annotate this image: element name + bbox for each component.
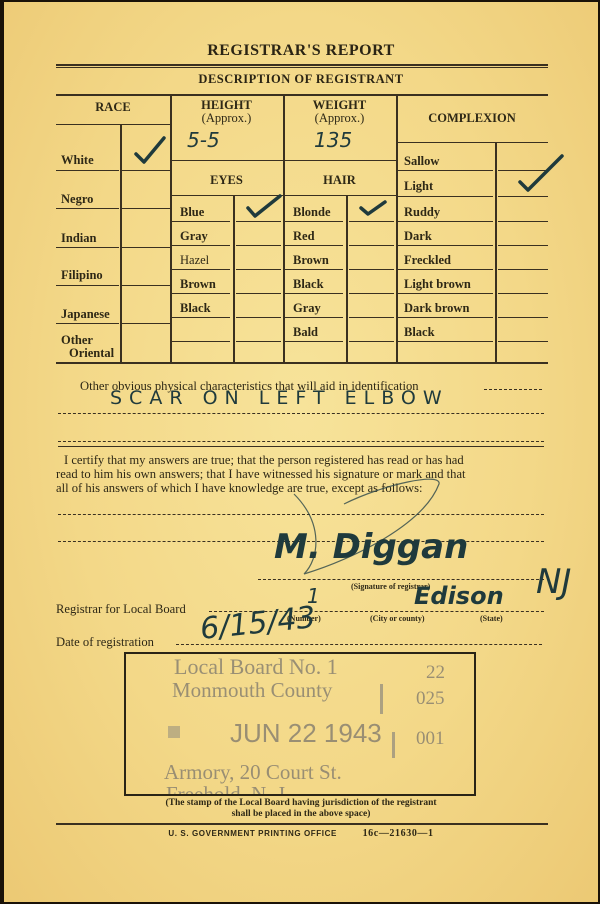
complexion-row-rule <box>398 170 493 171</box>
race-row-rule <box>56 170 119 171</box>
eyes-row-rule <box>236 269 281 270</box>
registration-date-value[interactable]: 6/15/43 <box>198 600 317 647</box>
eyes-row-rule <box>236 317 281 318</box>
footer-printer: U. S. GOVERNMENT PRINTING OFFICE <box>168 829 337 838</box>
race-row-rule <box>56 285 119 286</box>
race-white: White <box>61 153 94 168</box>
title-rule-bottom <box>56 67 548 68</box>
hair-red: Red <box>293 229 315 244</box>
stamp-city: Freehold, N. J. <box>166 782 290 794</box>
eyes-row-rule <box>172 269 230 270</box>
local-board-city-caption: (City or county) <box>370 614 425 623</box>
complexion-row-rule <box>398 196 493 197</box>
complexion-light-brown: Light brown <box>404 277 471 292</box>
complexion-row-rule <box>498 245 548 246</box>
hair-row-rule <box>285 245 343 246</box>
local-board-city-value[interactable]: Edison <box>414 582 504 610</box>
document-subtitle: DESCRIPTION OF REGISTRANT <box>4 72 598 87</box>
race-indian: Indian <box>61 231 96 246</box>
eyes-row-rule <box>236 293 281 294</box>
hair-bald: Bald <box>293 325 318 340</box>
race-row-rule <box>122 323 170 324</box>
race-white-checkmark-icon[interactable] <box>132 134 168 166</box>
hair-row-rule <box>349 317 394 318</box>
hair-row-rule <box>285 293 343 294</box>
stamp-board: Local Board No. 1 <box>174 654 338 680</box>
race-header: RACE <box>56 100 170 114</box>
complexion-black: Black <box>404 325 435 340</box>
registration-date-label: Date of registration <box>56 635 154 649</box>
local-board-stamp: Local Board No. 1 Monmouth County JUN 22… <box>124 652 476 796</box>
race-row-rule <box>56 247 119 248</box>
race-filipino: Filipino <box>61 268 103 283</box>
stamp-number-1: 22 <box>426 662 445 684</box>
complexion-dark-brown: Dark brown <box>404 301 469 316</box>
table-divider <box>346 195 348 363</box>
height-header: HEIGHT <box>170 98 283 112</box>
table-bottom-rule <box>56 362 548 364</box>
hair-gray: Gray <box>293 301 321 316</box>
local-board-state-caption: (State) <box>480 614 503 623</box>
signature-line <box>258 579 544 580</box>
complexion-header: COMPLEXION <box>396 111 548 125</box>
characteristics-leader <box>484 389 542 390</box>
stamp-bar <box>392 732 395 758</box>
complexion-row-rule <box>398 293 493 294</box>
registrar-report-card: REGISTRAR'S REPORT DESCRIPTION OF REGIST… <box>4 2 598 902</box>
weight-header: WEIGHT <box>283 98 396 112</box>
complexion-row-rule <box>398 245 493 246</box>
complexion-row-rule <box>498 196 548 197</box>
complexion-row-rule <box>498 293 548 294</box>
characteristics-value[interactable]: SCAR ON LEFT ELBOW <box>110 387 449 409</box>
local-board-label: Registrar for Local Board <box>56 602 186 616</box>
hair-row-rule <box>285 269 343 270</box>
stamp-county: Monmouth County <box>172 678 332 703</box>
race-row-rule <box>122 170 170 171</box>
height-header-sub: (Approx.) <box>170 111 283 125</box>
eyes-brown: Brown <box>180 277 216 292</box>
eyes-black: Black <box>180 301 211 316</box>
table-divider <box>495 142 497 363</box>
complexion-row-rule <box>498 269 548 270</box>
race-row-rule <box>56 323 119 324</box>
race-japanese: Japanese <box>61 307 110 322</box>
complexion-dark: Dark <box>404 229 432 244</box>
characteristics-line <box>58 441 544 442</box>
local-board-state-value[interactable]: NJ <box>536 562 571 602</box>
stamp-bar <box>380 684 383 714</box>
eyes-gray: Gray <box>180 229 208 244</box>
hair-blonde: Blonde <box>293 205 331 220</box>
complexion-row-rule <box>498 317 548 318</box>
footer-rule <box>56 823 548 825</box>
eyes-row-rule <box>236 245 281 246</box>
hair-header: HAIR <box>283 173 396 187</box>
hw-bottom-rule <box>170 160 396 161</box>
race-row-rule <box>122 285 170 286</box>
hair-brown: Brown <box>293 253 329 268</box>
weight-header-sub: (Approx.) <box>283 111 396 125</box>
stamp-date: JUN 22 1943 <box>230 718 382 749</box>
registration-date-line <box>176 644 542 645</box>
eyes-blue-checkmark-icon[interactable] <box>244 194 284 222</box>
complexion-freckled: Freckled <box>404 253 451 268</box>
hair-row-rule <box>285 317 343 318</box>
hair-row-rule <box>285 341 343 342</box>
race-oriental: Oriental <box>69 346 114 361</box>
hair-blonde-checkmark-icon[interactable] <box>358 198 388 220</box>
document-title: REGISTRAR'S REPORT <box>4 42 598 60</box>
complexion-row-rule <box>498 341 548 342</box>
complexion-row-rule <box>398 317 493 318</box>
race-row-rule <box>122 247 170 248</box>
table-divider <box>120 125 122 363</box>
footer: U. S. GOVERNMENT PRINTING OFFICE 16c—216… <box>4 828 598 839</box>
stamp-caption-2: shall be placed in the above space) <box>4 809 598 819</box>
eyes-row-rule <box>172 293 230 294</box>
stamp-number-3: 001 <box>416 728 445 750</box>
hair-row-rule <box>349 341 394 342</box>
table-divider <box>283 95 285 363</box>
title-rule-top <box>56 64 548 66</box>
race-row-rule <box>56 208 119 209</box>
weight-value[interactable]: 135 <box>314 128 352 152</box>
race-header-rule <box>56 124 170 125</box>
complexion-row-rule <box>398 269 493 270</box>
complexion-ruddy: Ruddy <box>404 205 440 220</box>
registrar-signature[interactable]: M. Diggan <box>274 527 468 567</box>
eyes-row-rule <box>172 341 230 342</box>
eyes-row-rule <box>172 221 230 222</box>
eyes-row-rule <box>172 245 230 246</box>
eyes-row-rule <box>172 317 230 318</box>
complexion-light: Light <box>404 179 433 194</box>
table-top-rule <box>56 94 548 96</box>
race-row-rule <box>122 208 170 209</box>
stamp-caption-1: (The stamp of the Local Board having jur… <box>4 798 598 808</box>
hair-row-rule <box>349 245 394 246</box>
stamp-mark <box>168 726 180 738</box>
complexion-sallow: Sallow <box>404 154 439 169</box>
complexion-row-rule <box>398 221 493 222</box>
hair-row-rule <box>349 293 394 294</box>
table-divider <box>396 95 398 363</box>
eyes-header: EYES <box>170 173 283 187</box>
complexion-header-rule <box>396 142 548 143</box>
table-divider <box>170 95 172 363</box>
hair-black: Black <box>293 277 324 292</box>
footer-form-number: 16c—21630—1 <box>363 828 434 839</box>
eyes-blue: Blue <box>180 205 204 220</box>
section-rule <box>58 446 544 447</box>
hair-row-rule <box>349 221 394 222</box>
height-value[interactable]: 5-5 <box>187 128 220 152</box>
complexion-row-rule <box>398 341 493 342</box>
table-divider <box>233 195 235 363</box>
stamp-number-2: 025 <box>416 688 445 710</box>
complexion-row-rule <box>498 221 548 222</box>
race-negro: Negro <box>61 192 93 207</box>
hair-row-rule <box>349 269 394 270</box>
complexion-light-checkmark-icon[interactable] <box>516 154 566 194</box>
characteristics-line <box>58 413 544 414</box>
eyes-row-rule <box>236 341 281 342</box>
eyes-hazel: Hazel <box>180 253 209 268</box>
hair-row-rule <box>285 221 343 222</box>
